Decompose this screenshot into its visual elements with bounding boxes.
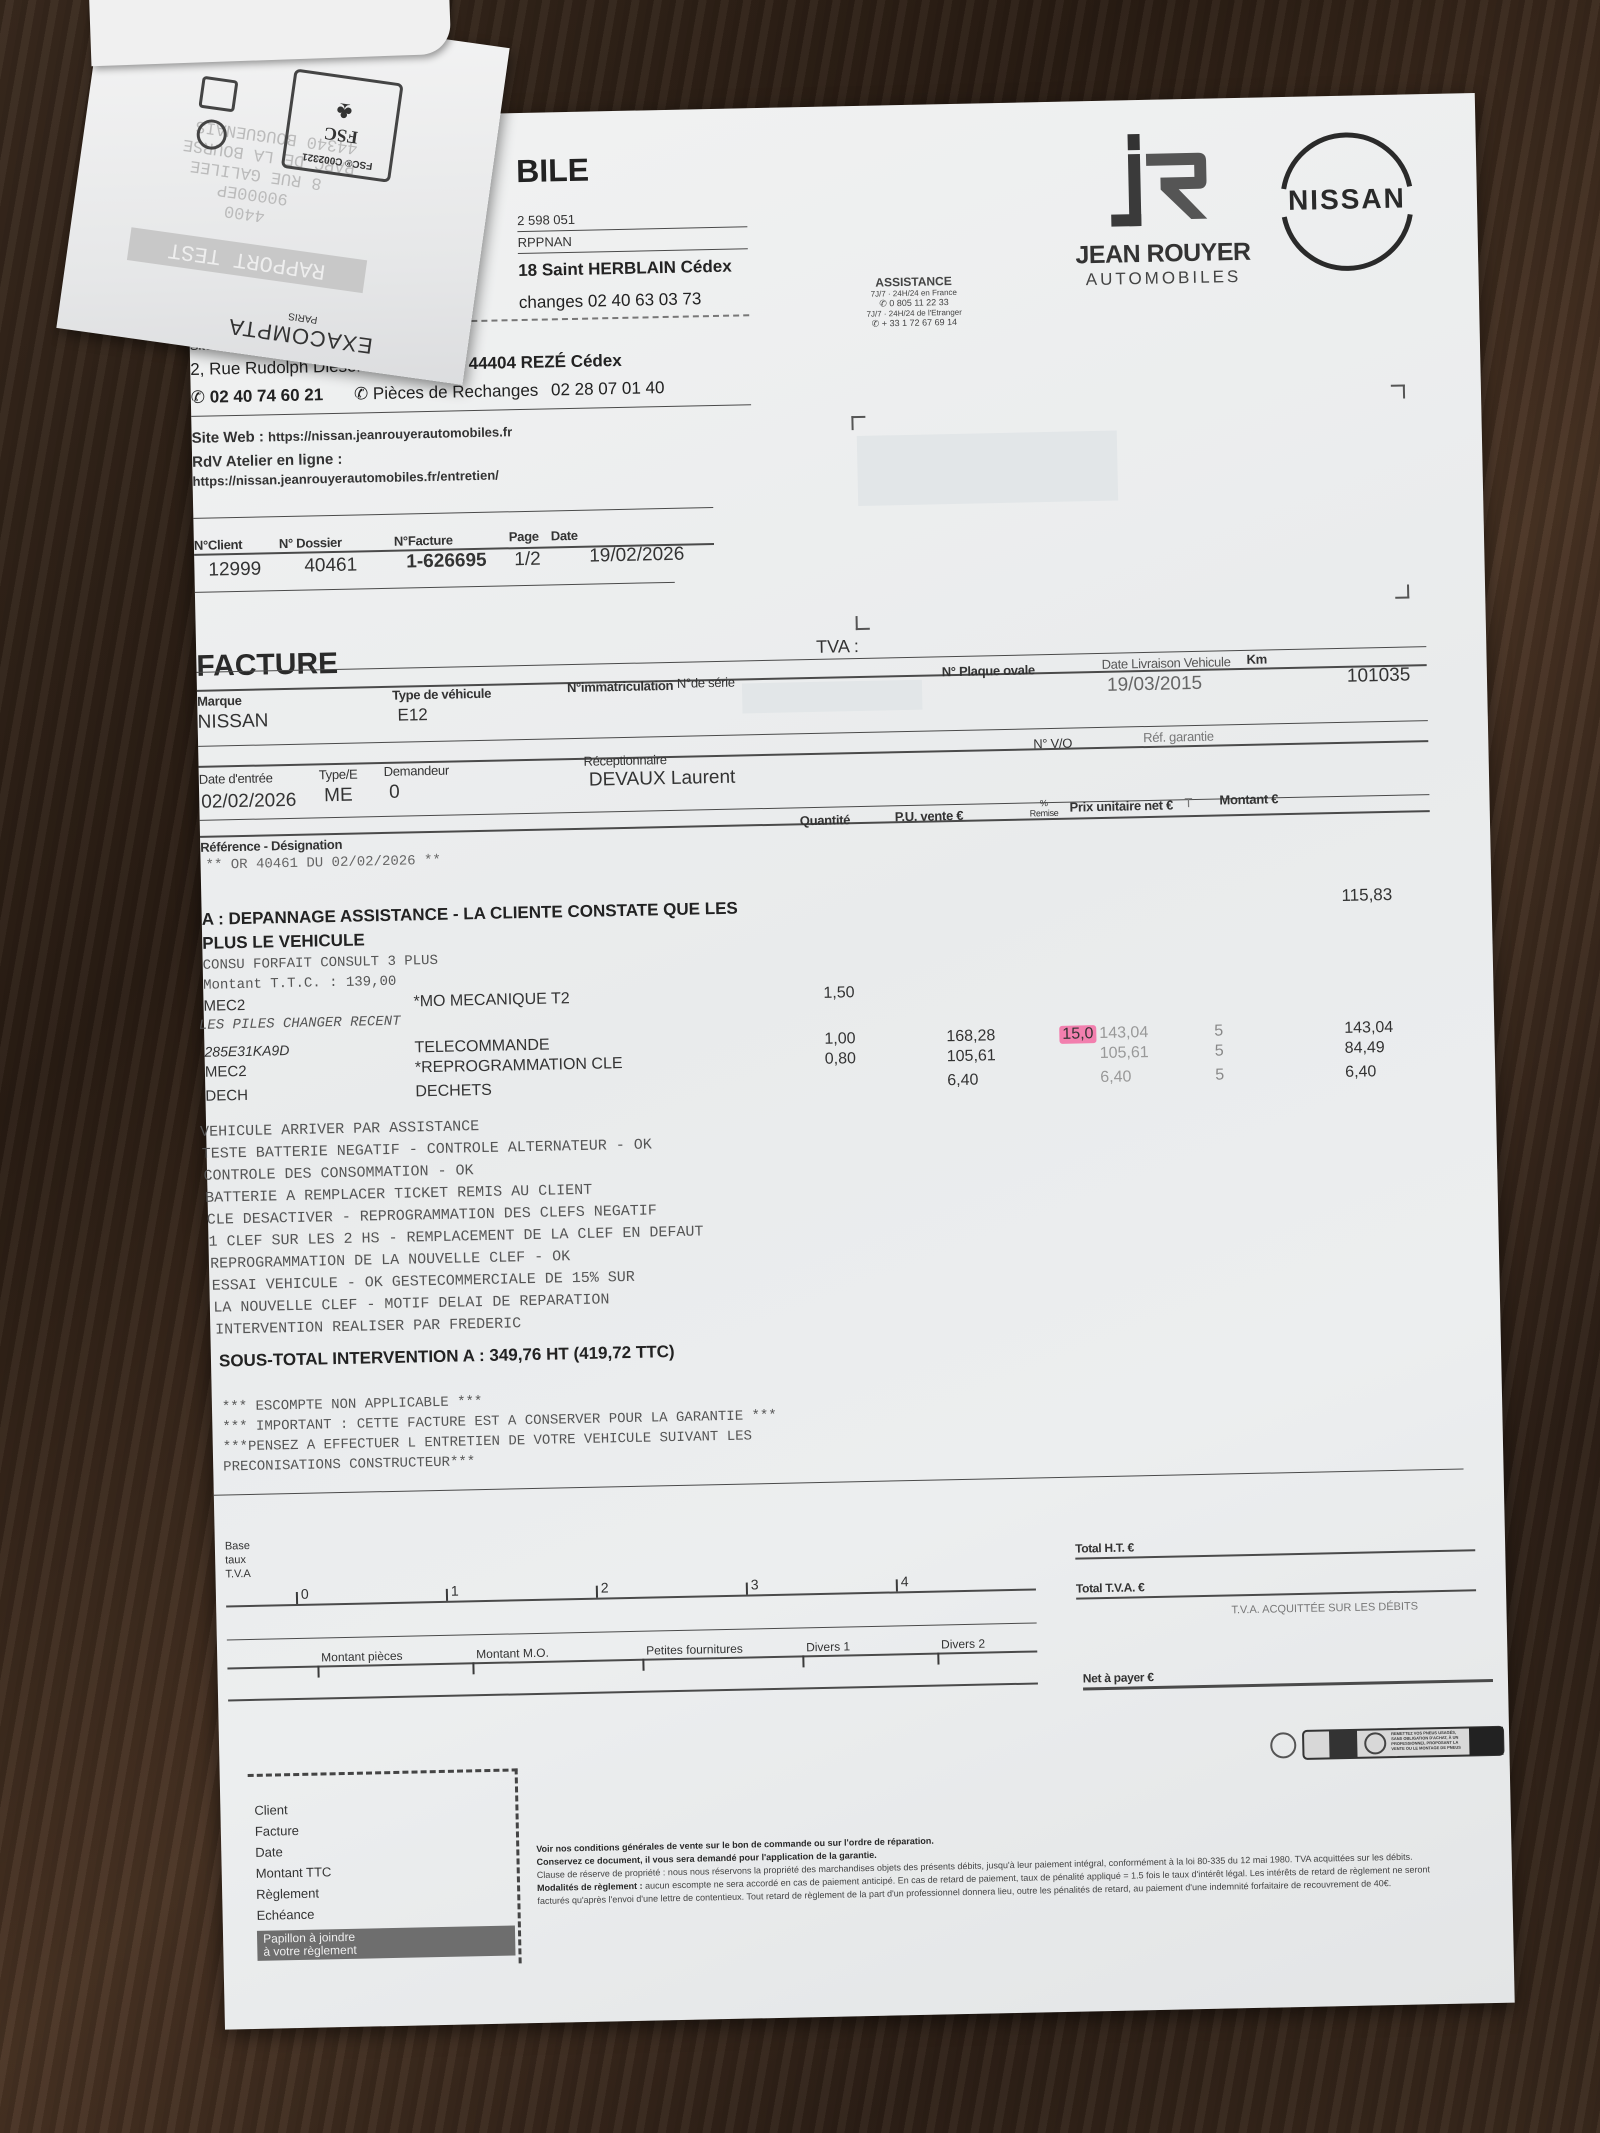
invoice-page: BILE 2 598 051 RPPNAN 18 Saint HERBLAIN … [185,93,1515,2030]
secondary-city: 44404 REZÉ Cédex [468,351,621,373]
total-ht-label: Total H.T. € [1075,1540,1134,1555]
intervention-title: A : DEPANNAGE ASSISTANCE - LA CLIENTE CO… [202,899,738,930]
forfait-line: CONSU FORFAIT CONSULT 3 PLUS [203,953,439,974]
cell-net: 105,61 [1100,1044,1149,1063]
booking-label: RdV Atelier en ligne : [192,451,343,471]
booking-link[interactable]: https://nissan.jeanrouyerautomobiles.fr/… [192,468,499,489]
cell-montant: 6,40 [1345,1063,1377,1082]
cell-qty: 0,80 [825,1050,857,1069]
invoice-date: 19/02/2026 [589,544,685,568]
website-link[interactable]: https://nissan.jeanrouyerautomobiles.fr [268,424,512,444]
total-tva-label: Total T.V.A. € [1076,1580,1145,1595]
cell-ref: DECH [205,1087,248,1105]
cell-qty: 1,00 [824,1030,856,1049]
vehicle-brand: NISSAN [197,710,268,733]
client-number: 12999 [208,559,261,582]
jr-monogram-icon [1105,128,1217,240]
cell-montant: 143,04 [1344,1019,1393,1038]
dossier-number: 40461 [304,554,357,577]
amount-label: Divers 2 [941,1637,985,1652]
tva-base-label: Base taux T.V.A [225,1539,251,1582]
cell-ref: 285E31KA9D [204,1042,289,1060]
dealer-logo: JEAN ROUYER AUTOMOBILES [1065,128,1258,291]
receptionist: DEVAUX Laurent [589,767,736,792]
cell-designation: *REPROGRAMMATION CLE [415,1055,623,1077]
cell-ref: MEC2 [205,1063,247,1081]
legal-text: Voir nos conditions générales de vente s… [536,1823,1497,1908]
tva-label: TVA : [816,636,859,658]
recycling-badge: REMETTEZ VOS PNEUS USAGÉS, SANS OBLIGATI… [1269,1723,1510,1764]
cell-pu: 105,61 [947,1047,996,1066]
cell-t: 5 [1214,1022,1223,1040]
secondary-phones: ✆ 02 40 74 60 21 ✆ Pièces de Rechanges 0… [191,378,665,408]
company-city: 18 Saint HERBLAIN Cédex [518,257,732,281]
intervention-subtotal: SOUS-TOTAL INTERVENTION A : 349,76 HT (4… [219,1342,675,1372]
dealer-name: JEAN ROUYER [1068,238,1259,271]
footer-notes: *** ESCOMPTE NON APPLICABLE ****** IMPOR… [222,1386,778,1478]
tva-note: T.V.A. ACQUITTÉE SUR LES DÉBITS [1231,1601,1418,1617]
cell-remise: 15,0 [1059,1025,1097,1044]
amount-label: Petites fournitures [646,1642,743,1658]
page-title: FACTURE [196,647,338,684]
delivery-date: 19/03/2015 [1107,673,1203,697]
tva-rate: 0 [301,1586,309,1602]
company-parts-phone: changes 02 40 63 03 73 [519,289,702,313]
tva-rate: 2 [601,1579,609,1595]
phone-icon: ✆ [354,384,369,403]
tva-rate: 3 [751,1576,759,1592]
vehicle-type: E12 [397,705,428,726]
entry-date: 02/02/2026 [201,790,297,814]
assistance-block: ASSISTANCE 7J/7 · 24H/24 en France ✆ 0 8… [848,273,979,330]
amount-label: Divers 1 [806,1639,850,1654]
redacted-address [857,431,1118,506]
cell-montant: 84,49 [1345,1039,1385,1058]
cell-net: 143,04 [1099,1024,1148,1043]
website-line: Site Web : https://nissan.jeanrouyerauto… [191,423,512,447]
nissan-logo: NISSAN [1270,124,1423,277]
cell-designation: TELECOMMANDE [414,1037,549,1058]
secondary-phone: 02 40 74 60 21 [210,385,324,406]
phone-icon: ✆ [191,388,206,407]
info-tri-icon [198,76,238,113]
receipt-brand: EXACOMPTA PARIS [226,302,375,359]
montant-ttc-line: Montant T.T.C. : 139,00 [203,974,397,994]
nissan-wordmark: NISSAN [1272,182,1423,217]
cell-ref: MEC2 [203,997,245,1015]
page-number: 1/2 [514,549,541,572]
company-name: BILE [516,152,590,191]
entry-type: ME [324,785,353,808]
fsc-logo: FSC® C002321 FSC ♣ [281,68,404,182]
requester: 0 [389,782,400,804]
amount-label: Montant pièces [321,1649,403,1665]
payment-coupon: Client Facture Date Montant TTC Règlemen… [248,1768,522,1969]
or-line: ** OR 40461 DU 02/02/2026 ** [205,853,441,874]
cell-designation: *MO MECANIQUE T2 [413,990,570,1011]
dealer-subtitle: AUTOMOBILES [1068,267,1258,291]
invoice-number: 1-626695 [406,550,487,574]
mileage: 101035 [1347,664,1411,687]
technician-notes: VEHICULE ARRIVER PAR ASSISTANCETESTE BAT… [200,1111,706,1341]
redacted-serial [742,680,923,714]
company-code: RPPNAN [517,234,571,250]
tva-rate: 4 [901,1573,909,1589]
intervention-amount: 115,83 [1341,885,1392,906]
net-to-pay-label: Net à payer € [1083,1670,1154,1685]
amount-label: Montant M.O. [476,1646,549,1662]
coupon-band: Papillon à joindre à votre règlement [257,1925,516,1960]
tva-rate: 1 [451,1583,459,1599]
company-siret: 2 598 051 [517,212,575,228]
cell-net: 6,40 [1100,1068,1132,1087]
cell-designation: DECHETS [415,1082,492,1102]
cell-qty: 1,50 [823,984,855,1003]
cell-t: 5 [1215,1042,1224,1060]
phone-icon: ✆ [872,318,882,328]
cell-t: 5 [1215,1066,1224,1084]
cell-pu: 168,28 [946,1027,995,1046]
cell-pu: 6,40 [947,1072,979,1091]
phone-icon: ✆ [879,298,889,308]
